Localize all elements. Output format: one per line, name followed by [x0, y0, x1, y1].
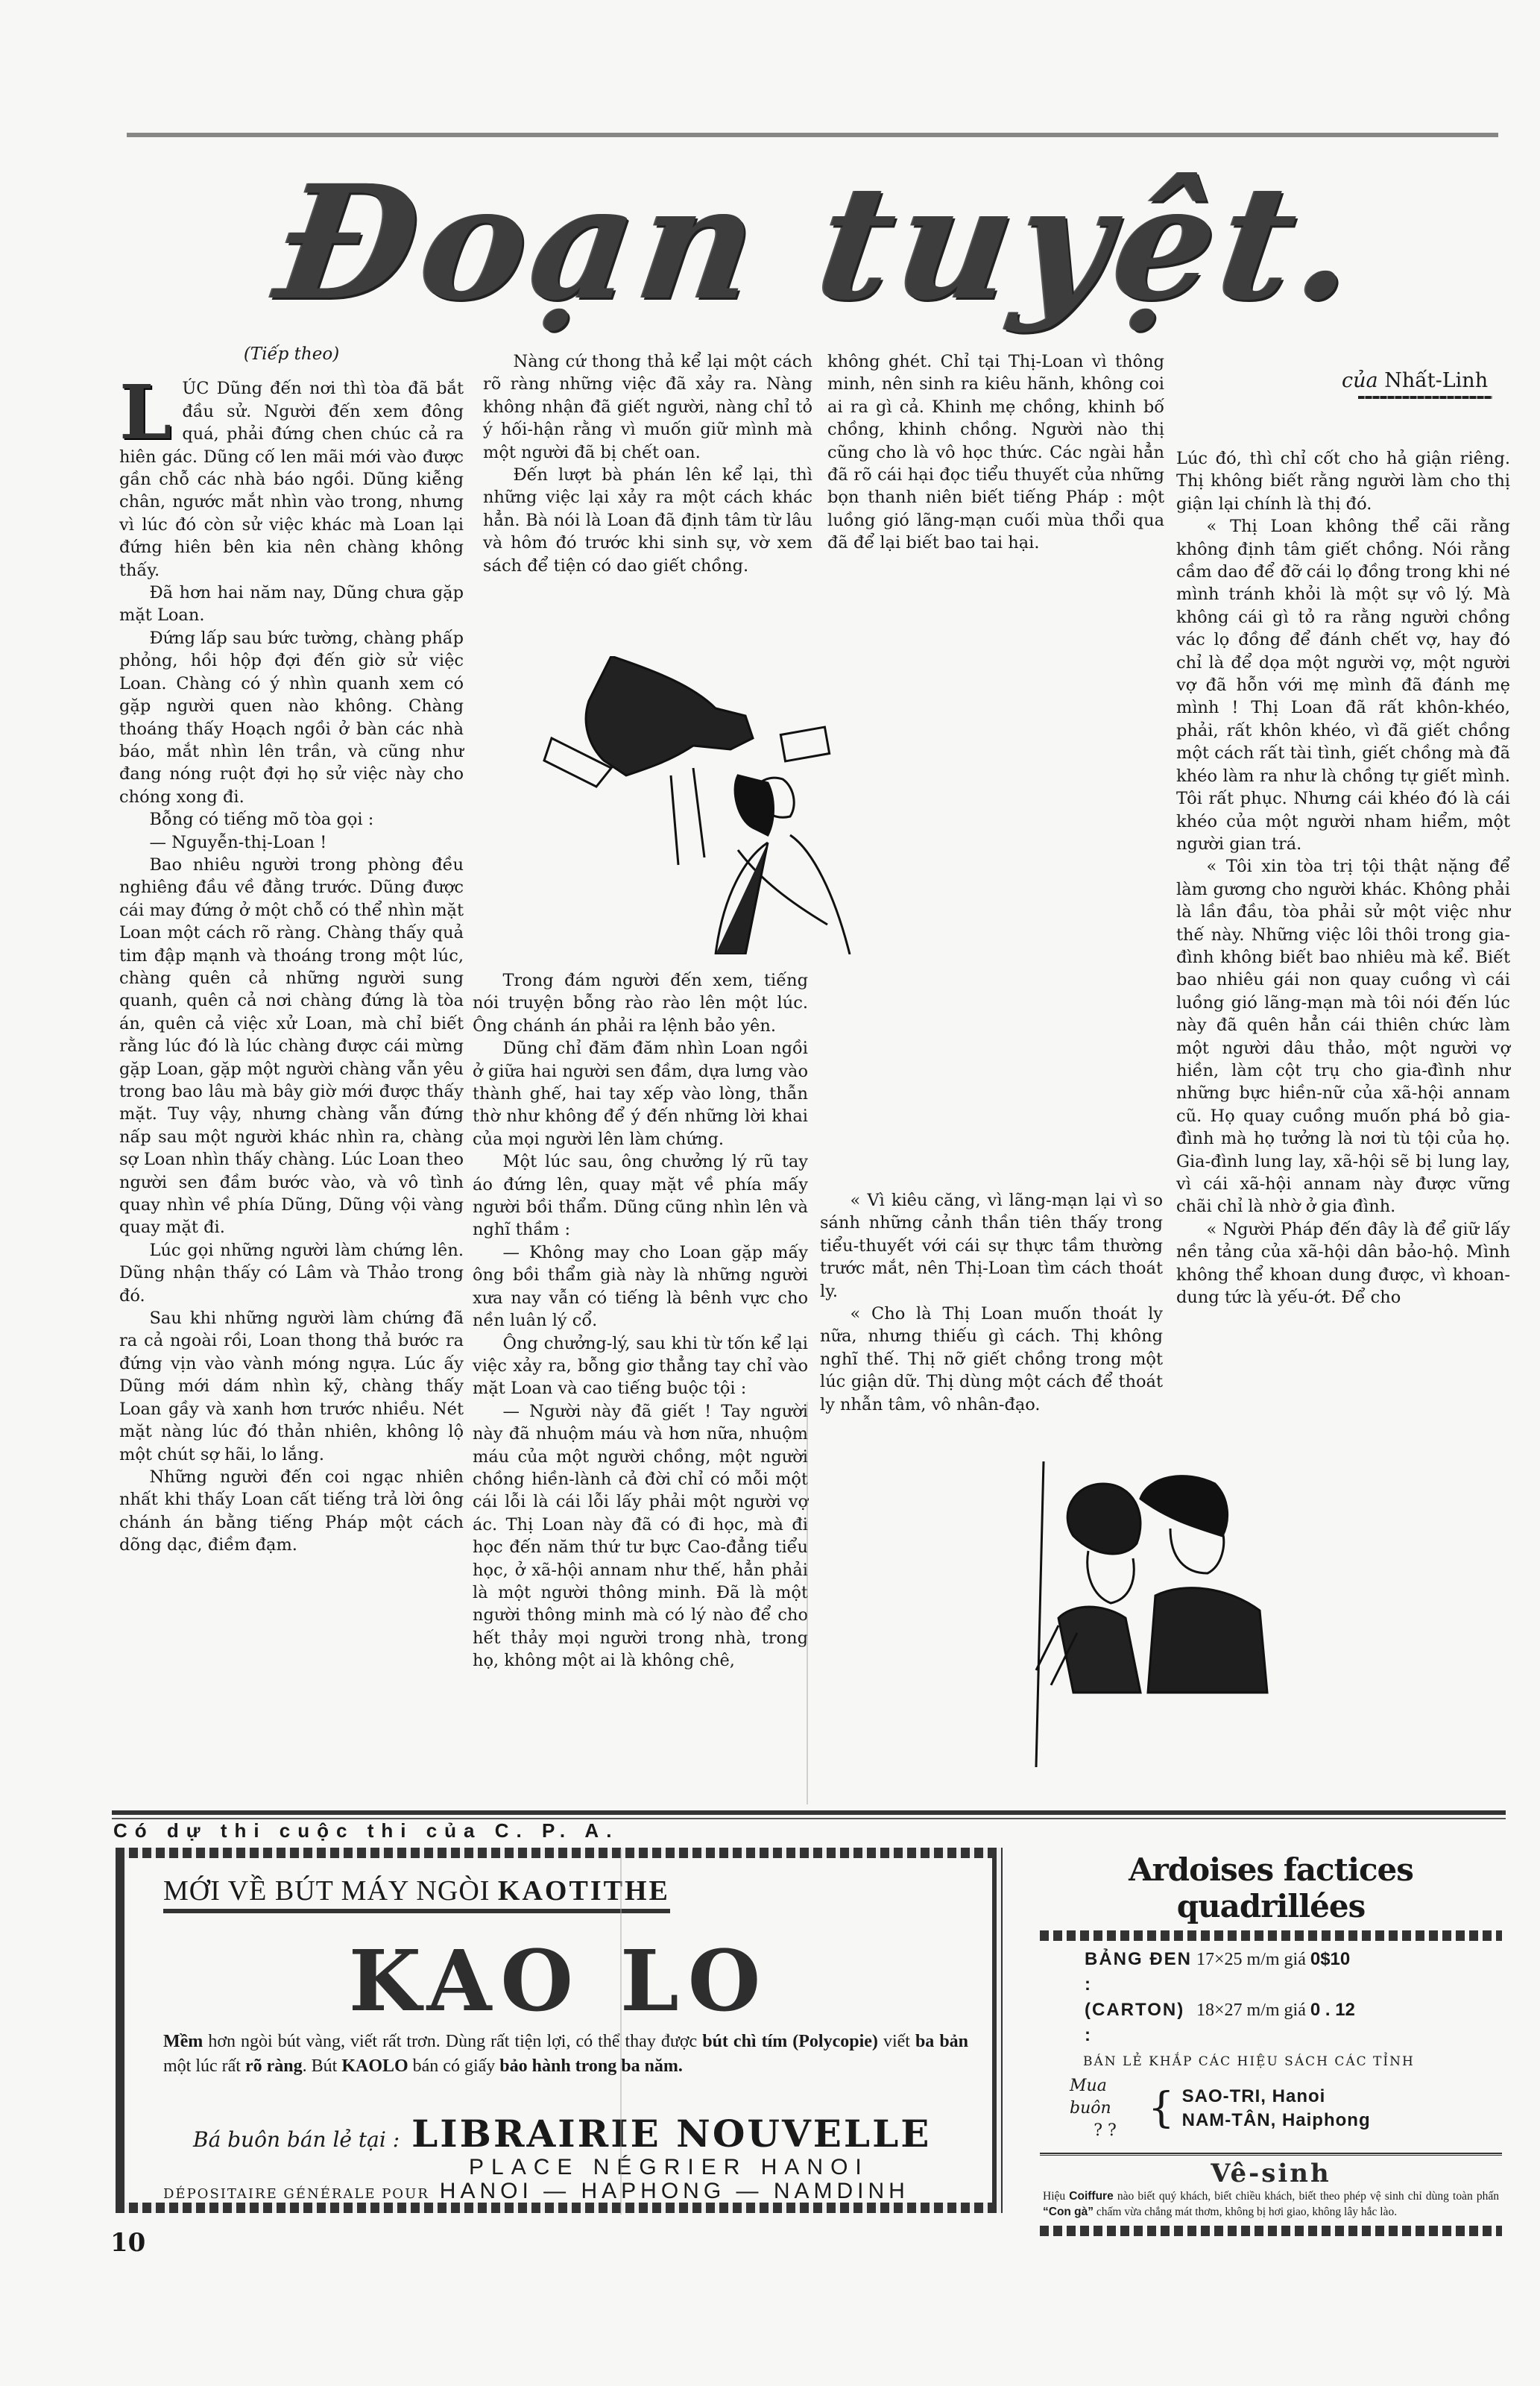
brace-icon: { — [1148, 2088, 1175, 2130]
paragraph: Lúc đó, thì chỉ cốt cho hả giận riêng. T… — [1176, 447, 1510, 515]
paragraph: Những người đến coi ngạc nhiên nhất khi … — [119, 1466, 464, 1557]
paragraph: Bao nhiêu người trong phòng đều nghiêng … — [119, 854, 464, 1239]
paper-fold-line — [807, 1402, 808, 1804]
decorative-border — [1040, 1930, 1502, 1941]
paragraph: Dũng chỉ đăm đăm nhìn Loan ngồi ở giữa h… — [473, 1037, 808, 1150]
wholesale-info: Mua buôn ? ? { SAO-TRI, Hanoi NAM-TÂN, H… — [1070, 2075, 1502, 2142]
paragraph: Sau khi những người làm chứng đã ra cả n… — [119, 1307, 464, 1466]
seller-label: Bá buôn bán lẻ tại : — [193, 2127, 400, 2152]
section-divider — [112, 1810, 1506, 1815]
author-name: Nhất-Linh — [1384, 369, 1488, 392]
article-column-1: (Tiếp theo) LÚC Dũng đến nơi thì tòa đã … — [119, 343, 464, 1557]
paragraph: Bỗng có tiếng mõ tòa gọi : — [119, 808, 464, 831]
ad-right-column: Ardoises factices quadrillées BẢNG ĐEN :… — [1040, 1845, 1502, 2218]
page-number: 10 — [110, 2228, 145, 2258]
article-column-3-bottom: « Vì kiêu căng, vì lãng-mạn lại vì so sá… — [820, 1189, 1163, 1416]
paragraph: « Cho là Thị Loan muốn thoát ly nữa, như… — [820, 1303, 1163, 1416]
ad-seller: Bá buôn bán lẻ tại : LIBRAIRIE NOUVELLE — [193, 2112, 931, 2156]
paragraph: Nàng cứ thong thả kể lại một cách rõ ràn… — [483, 350, 812, 464]
author-prefix: của — [1342, 369, 1378, 392]
paragraph: Trong đám người đến xem, tiếng nói truyệ… — [473, 969, 808, 1037]
paragraph: — Nguyễn-thị-Loan ! — [119, 831, 464, 854]
paragraph: Một lúc sau, ông chưởng lý rũ tay áo đứn… — [473, 1150, 808, 1241]
illustration-court-scene — [522, 656, 909, 954]
article-column-4: Lúc đó, thì chỉ cốt cho hả giận riêng. T… — [1176, 447, 1510, 1309]
illustration-couple — [947, 1447, 1290, 1767]
paragraph: — Không may cho Loan gặp mấy ông bồi thẩ… — [473, 1241, 808, 1332]
article-column-2-top: Nàng cứ thong thả kể lại một cách rõ ràn… — [483, 350, 812, 577]
ad-vesinh-title: Vê-sinh — [1040, 2159, 1502, 2188]
seller-name: LIBRAIRIE NOUVELLE — [411, 2112, 931, 2156]
divider — [1040, 2153, 1502, 2156]
paragraph: « Vì kiêu căng, vì lãng-mạn lại vì so sá… — [820, 1189, 1163, 1303]
ad-vesinh-text: Hiệu Coiffure nào biết quý khách, biết c… — [1040, 2188, 1502, 2220]
story-title-banner: Đoạn tuyệt. — [201, 145, 1439, 339]
ad-depot: DÉPOSITAIRE GÉNÉRALE POUR HANOI — HAPHON… — [163, 2179, 909, 2204]
drop-cap: L — [119, 380, 171, 444]
paragraph: Đã hơn hai năm nay, Dũng chưa gặp mặt Lo… — [119, 582, 464, 627]
depot-cities: HANOI — HAPHONG — NAMDINH — [440, 2179, 909, 2204]
article-column-2-bottom: Trong đám người đến xem, tiếng nói truyệ… — [473, 969, 808, 1672]
paragraph: — Người này đã giết ! Tay người này đã n… — [473, 1400, 808, 1672]
paragraph: Lúc gọi những người làm chứng lên. Dũng … — [119, 1239, 464, 1307]
decorative-border — [1040, 2226, 1502, 2236]
price-row: (CARTON) : 18×27 m/m giá 0 . 12 — [1085, 1998, 1502, 2048]
wholesaler: NAM-TÂN, Haiphong — [1182, 2109, 1371, 2132]
ad-brand-name: KAO LO — [126, 1933, 992, 2030]
ad-kaolo-pen: MỚI VỀ BÚT MÁY NGÒI KAOTITHE KAO LO Mềm … — [116, 1848, 1003, 2213]
ad-description: Mềm hơn ngòi bút vàng, viết rất trơn. Dù… — [163, 2030, 968, 2079]
paragraph: LÚC Dũng đến nơi thì tòa đã bắt đầu sử. … — [119, 377, 464, 582]
depot-label: DÉPOSITAIRE GÉNÉRALE POUR — [163, 2186, 429, 2202]
ad-headline: MỚI VỀ BÚT MÁY NGÒI KAOTITHE — [163, 1875, 670, 1913]
paragraph: Đứng lấp sau bức tường, chàng phấp phỏng… — [119, 627, 464, 808]
paragraph: không ghét. Chỉ tại Thị-Loan vì thông mi… — [827, 350, 1164, 555]
paragraph: « Người Pháp đến đây là để giữ lấy nền t… — [1176, 1218, 1510, 1309]
wholesaler: SAO-TRI, Hanoi — [1182, 2085, 1371, 2109]
paragraph: Ông chưởng-lý, sau khi từ tốn kể lại việ… — [473, 1332, 808, 1400]
paragraph: « Tôi xin tòa trị tội thật nặng để làm g… — [1176, 855, 1510, 1218]
author-byline: của Nhất-Linh — [1342, 369, 1488, 392]
contest-note: Có dự thi cuộc thi của C. P. A. — [113, 1819, 619, 1842]
top-border-rule — [127, 133, 1498, 137]
article-column-3-top: không ghét. Chỉ tại Thị-Loan vì thông mi… — [827, 350, 1164, 555]
story-title: Đoạn tuyệt. — [267, 151, 1373, 335]
paper-fold-line — [620, 1849, 622, 2215]
continued-label: (Tiếp theo) — [119, 343, 464, 365]
ad-ardoises-title: Ardoises factices quadrillées — [1040, 1851, 1502, 1924]
retail-note: BÁN LẺ KHẮP CÁC HIỆU SÁCH CÁC TỈNH — [1083, 2054, 1502, 2069]
paragraph: « Thị Loan không thể cãi rằng không định… — [1176, 515, 1510, 855]
author-underline — [1358, 396, 1492, 399]
seller-address: PLACE NÉGRIER HANOI — [469, 2155, 869, 2180]
paragraph: Đến lượt bà phán lên kể lại, thì những v… — [483, 464, 812, 577]
price-row: BẢNG ĐEN : 17×25 m/m giá 0$10 — [1085, 1947, 1502, 1998]
